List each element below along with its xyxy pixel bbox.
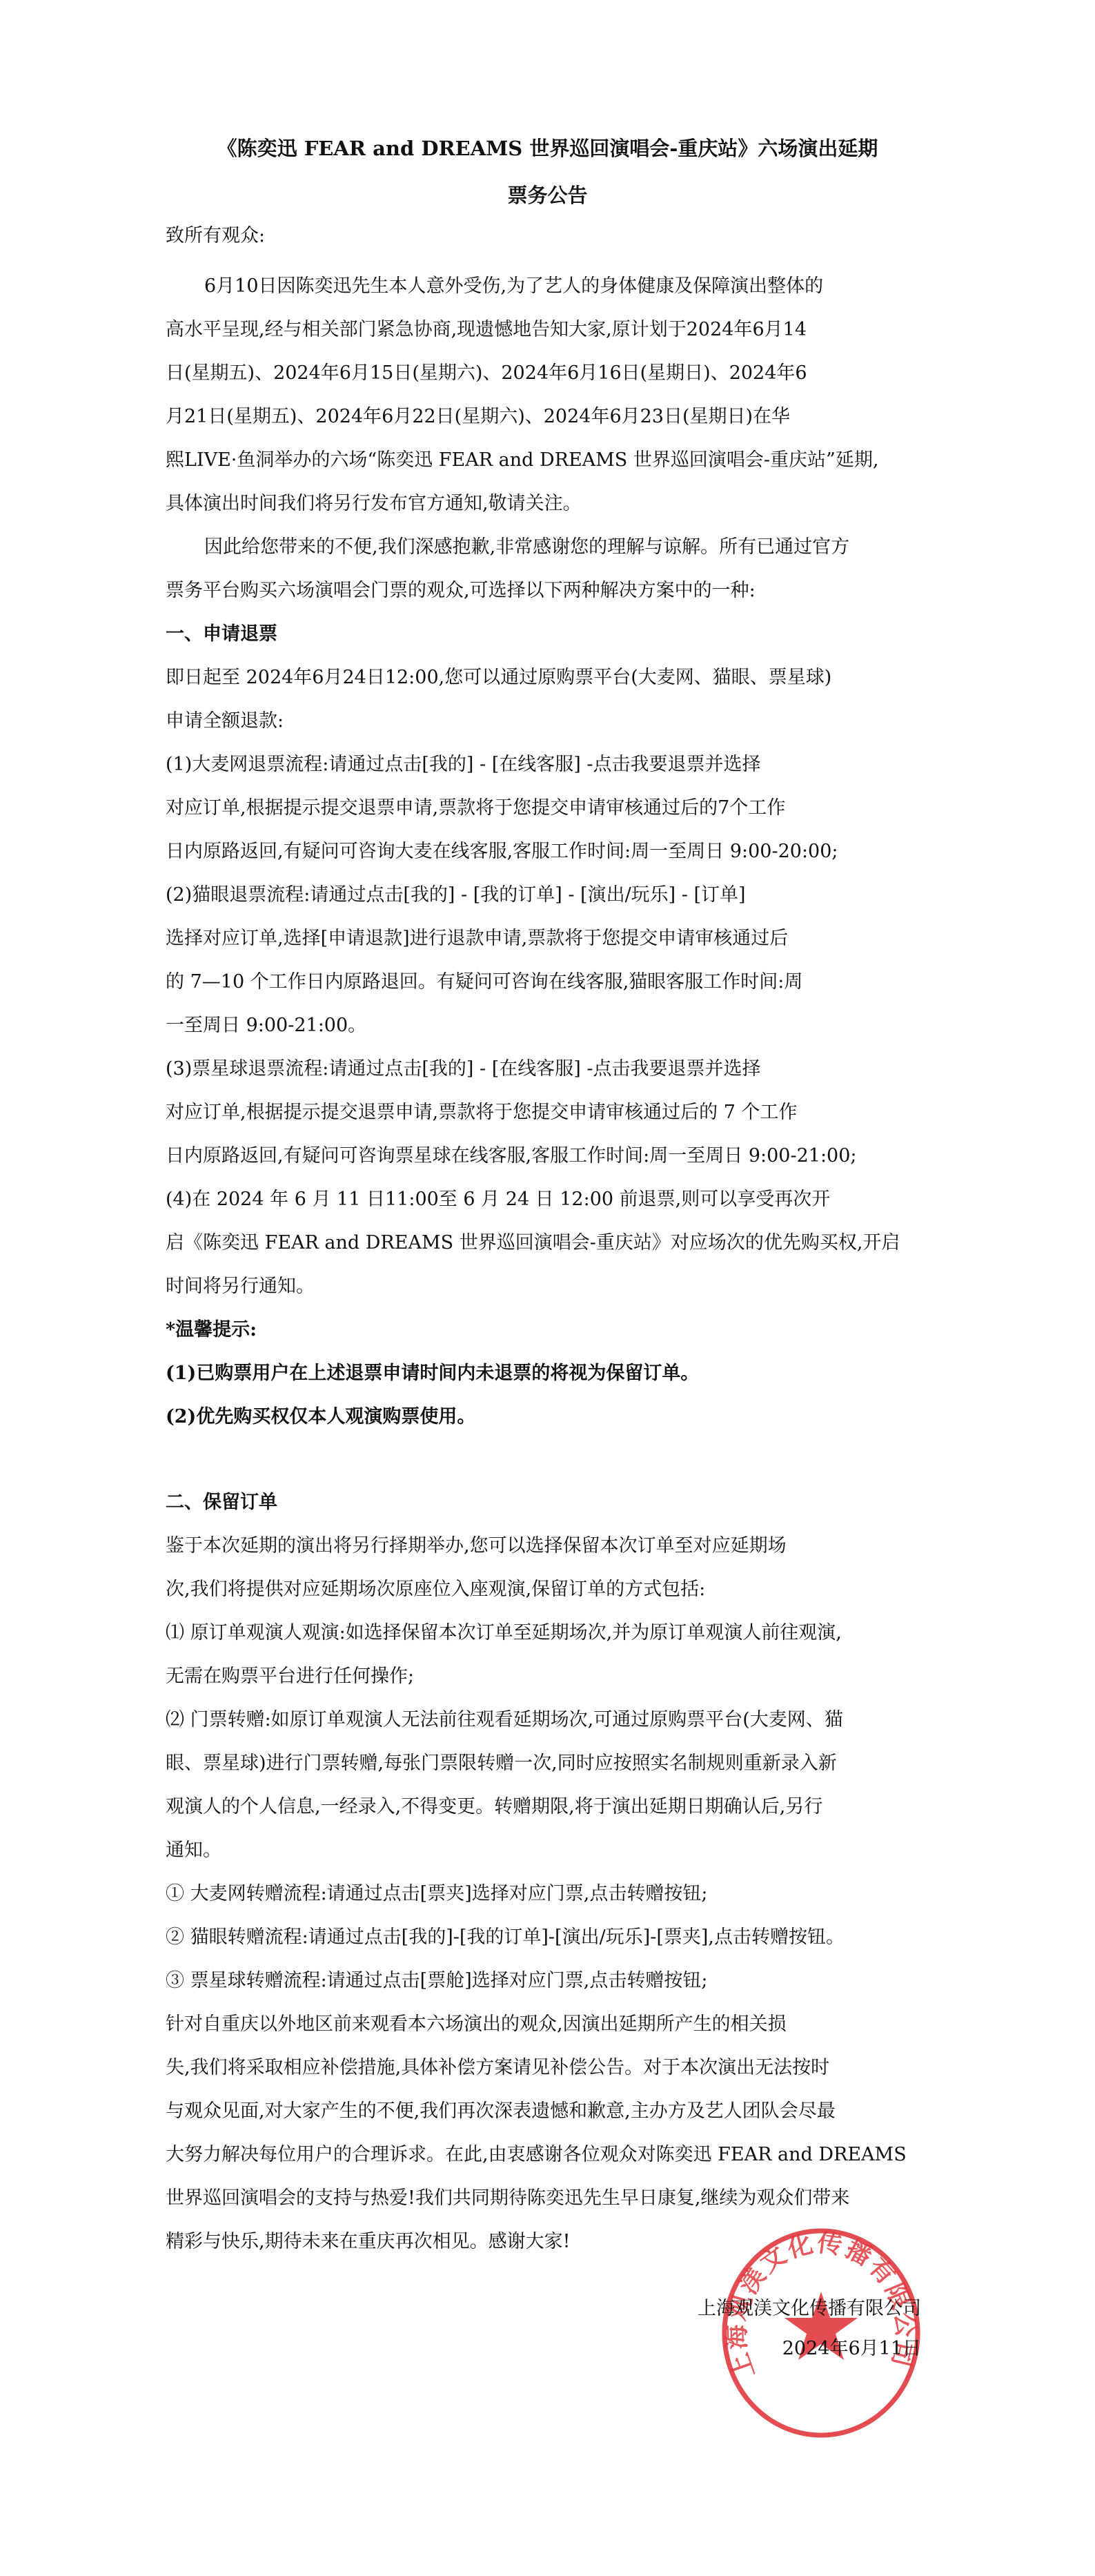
section2-line: 观演人的个人信息,一经录入,不得变更。转赠期限,将于演出延期日期确认后,另行 [166,1795,931,1819]
tip-item: (1)已购票用户在上述退票申请时间内未退票的将视为保留订单。 [166,1362,931,1385]
section2-line: 大努力解决每位用户的合理诉求。在此,由衷感谢各位观众对陈奕迅 FEAR and … [166,2143,931,2167]
section2-line: ① 大麦网转赠流程:请通过点击[票夹]选择对应门票,点击转赠按钮; [166,1882,931,1906]
section2-line: 鉴于本次延期的演出将另行择期举办,您可以选择保留本次订单至对应延期场 [166,1534,931,1558]
section2-line: 次,我们将提供对应延期场次原座位入座观演,保留订单的方式包括: [166,1578,931,1601]
section2-line: 通知。 [166,1839,931,1862]
section2-line: ③ 票星球转赠流程:请通过点击[票舱]选择对应门票,点击转赠按钮; [166,1969,931,1993]
section2-line: ⑵ 门票转赠:如原订单观演人无法前往观看延期场次,可通过原购票平台(大麦网、猫 [166,1708,931,1732]
intro-line: 因此给您带来的不便,我们深感抱歉,非常感谢您的理解与谅解。所有已通过官方 [166,536,970,559]
section1-line: 的 7—10 个工作日内原路退回。有疑问可咨询在线客服,猫眼客服工作时间:周 [166,970,931,994]
intro-line: 月21日(星期五)、2024年6月22日(星期六)、2024年6月23日(星期日… [166,405,931,429]
section1-line: 一至周日 9:00-21:00。 [166,1014,931,1037]
company-seal-stamp: 上海观渼文化传播有限公司 [718,2226,925,2440]
section1-line: 对应订单,根据提示提交退票申请,票款将于您提交申请审核通过后的 7 个工作 [166,1101,931,1124]
section1-line: 时间将另行通知。 [166,1275,931,1298]
tips-heading: *温馨提示: [166,1318,931,1342]
section2-line: 无需在购票平台进行任何操作; [166,1665,931,1688]
intro-line: 熙LIVE·鱼洞举办的六场“陈奕迅 FEAR and DREAMS 世界巡回演唱… [166,449,931,472]
section1-line: 启《陈奕迅 FEAR and DREAMS 世界巡回演唱会-重庆站》对应场次的优… [166,1231,931,1255]
section2-line: 与观众见面,对大家产生的不便,我们再次深表遗憾和歉意,主办方及艺人团队会尽最 [166,2100,931,2123]
section1-line: (1)大麦网退票流程:请通过点击[我的] - [在线客服] -点击我要退票并选择 [166,753,931,777]
section1-line: (2)猫眼退票流程:请通过点击[我的] - [我的订单] - [演出/玩乐] -… [166,884,931,907]
document-title: 《陈奕迅 FEAR and DREAMS 世界巡回演唱会-重庆站》六场演出延期 [0,137,1095,160]
section-heading-retain: 二、保留订单 [166,1491,931,1514]
section2-line: 针对自重庆以外地区前来观看本六场演出的观众,因演出延期所产生的相关损 [166,2013,931,2036]
section2-line: ② 猫眼转赠流程:请通过点击[我的]-[我的订单]-[演出/玩乐]-[票夹],点… [166,1926,931,1949]
section1-line: (4)在 2024 年 6 月 11 日11:00至 6 月 24 日 12:0… [166,1188,931,1211]
signature-company: 上海观渼文化传播有限公司 [698,2297,921,2321]
section1-line: 即日起至 2024年6月24日12:00,您可以通过原购票平台(大麦网、猫眼、票… [166,666,931,690]
tip-item: (2)优先购买权仅本人观演购票使用。 [166,1405,931,1429]
section2-line: 世界巡回演唱会的支持与热爱!我们共同期待陈奕迅先生早日康复,继续为观众们带来 [166,2187,931,2210]
section2-line: 失,我们将采取相应补偿措施,具体补偿方案请见补偿公告。对于本次演出无法按时 [166,2056,931,2080]
section1-line: 对应订单,根据提示提交退票申请,票款将于您提交申请审核通过后的7个工作 [166,797,931,820]
intro-line: 具体演出时间我们将另行发布官方通知,敬请关注。 [166,492,931,516]
section1-line: (3)票星球退票流程:请通过点击[我的] - [在线客服] -点击我要退票并选择 [166,1057,931,1081]
section2-line: 眼、票星球)进行门票转赠,每张门票限转赠一次,同时应按照实名制规则重新录入新 [166,1752,931,1775]
intro-line: 6月10日因陈奕迅先生本人意外受伤,为了艺人的身体健康及保障演出整体的 [166,275,970,298]
section1-line: 日内原路返回,有疑问可咨询大麦在线客服,客服工作时间:周一至周日 9:00-20… [166,840,931,863]
salutation: 致所有观众: [166,224,931,248]
intro-line: 日(星期五)、2024年6月15日(星期六)、2024年6月16日(星期日)、2… [166,362,931,385]
intro-line: 票务平台购买六场演唱会门票的观众,可选择以下两种解决方案中的一种: [166,579,931,603]
section1-line: 选择对应订单,选择[申请退款]进行退款申请,票款将于您提交申请审核通过后 [166,927,931,950]
section1-line: 日内原路返回,有疑问可咨询票星球在线客服,客服工作时间:周一至周日 9:00-2… [166,1144,931,1168]
section-heading-refund: 一、申请退票 [166,623,931,646]
section2-line: ⑴ 原订单观演人观演:如选择保留本次订单至延期场次,并为原订单观演人前往观演, [166,1621,931,1645]
section1-line: 申请全额退款: [166,710,931,733]
document-subtitle: 票务公告 [0,184,1095,207]
intro-line: 高水平呈现,经与相关部门紧急协商,现遗憾地告知大家,原计划于2024年6月14 [166,318,931,342]
signature-date: 2024年6月11日 [782,2337,921,2361]
